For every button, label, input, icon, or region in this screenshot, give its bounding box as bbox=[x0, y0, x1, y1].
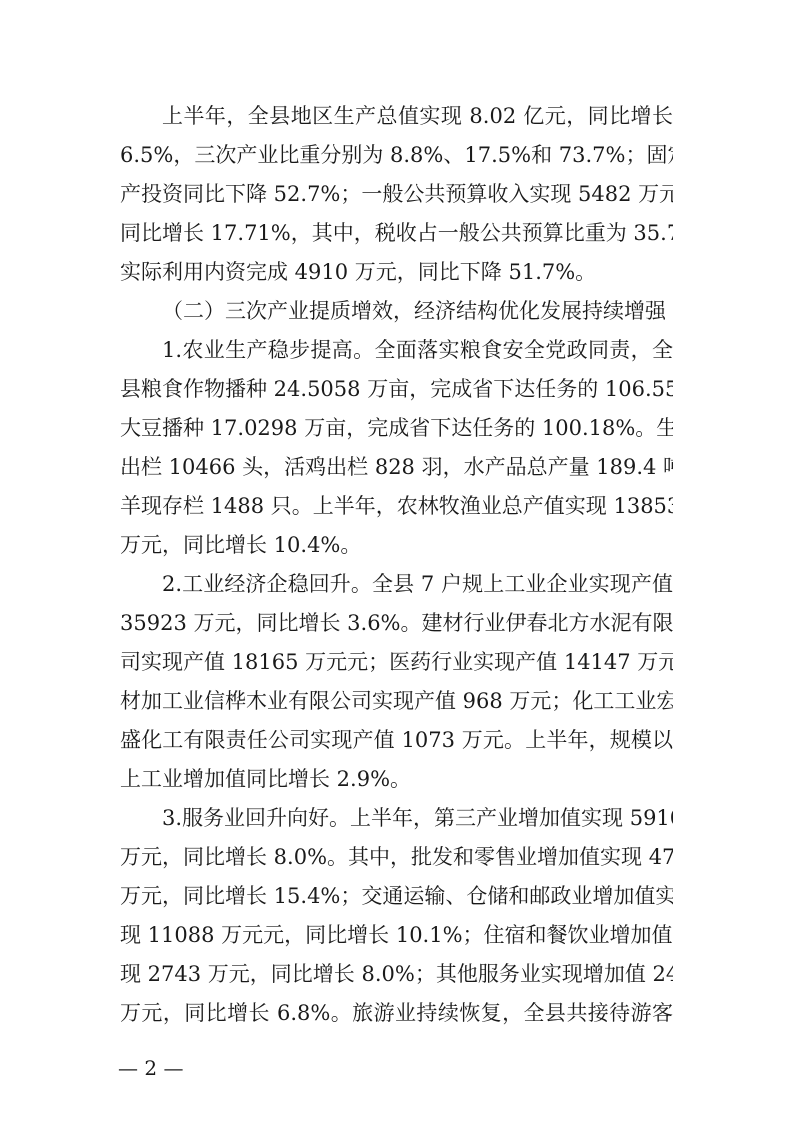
text-line: 1.农业生产稳步提高。全面落实粮食安全党政同责，全 bbox=[120, 331, 673, 370]
paragraph-services: 3.服务业回升向好。上半年，第三产业增加值实现 59107 万元，同比增长 8.… bbox=[120, 799, 673, 1033]
text-line: 6.5%，三次产业比重分别为 8.8%、17.5%和 73.7%；固定资 bbox=[120, 136, 673, 175]
text-line: 同比增长 17.71%，其中，税收占一般公共预算比重为 35.7%； bbox=[120, 214, 673, 253]
text-line: 万元，同比增长 6.8%。旅游业持续恢复，全县共接待游客 bbox=[120, 994, 673, 1033]
text-line: 产投资同比下降 52.7%；一般公共预算收入实现 5482 万元， bbox=[120, 175, 673, 214]
text-line: 实际利用内资完成 4910 万元，同比下降 51.7%。 bbox=[120, 253, 673, 292]
paragraph-industry: 2.工业经济企稳回升。全县 7 户规上工业企业实现产值 35923 万元，同比增… bbox=[120, 565, 673, 799]
paragraph-agriculture: 1.农业生产稳步提高。全面落实粮食安全党政同责，全 县粮食作物播种 24.505… bbox=[120, 331, 673, 565]
text-line: 2.工业经济企稳回升。全县 7 户规上工业企业实现产值 bbox=[120, 565, 673, 604]
text-line: 3.服务业回升向好。上半年，第三产业增加值实现 59107 bbox=[120, 799, 673, 838]
text-line: 现 11088 万元元，同比增长 10.1%；住宿和餐饮业增加值实 bbox=[120, 916, 673, 955]
text-line: 羊现存栏 1488 只。上半年，农林牧渔业总产值实现 13853 bbox=[120, 487, 673, 526]
text-line: 大豆播种 17.0298 万亩，完成省下达任务的 100.18%。生猪 bbox=[120, 409, 673, 448]
heading-text: （二）三次产业提质增效，经济结构优化发展持续增强 bbox=[120, 292, 673, 331]
text-line: 上半年，全县地区生产总值实现 8.02 亿元，同比增长 bbox=[120, 97, 673, 136]
document-page: 上半年，全县地区生产总值实现 8.02 亿元，同比增长 6.5%，三次产业比重分… bbox=[0, 0, 793, 1122]
text-line: 司实现产值 18165 万元元；医药行业实现产值 14147 万元；木 bbox=[120, 643, 673, 682]
text-line: 上工业增加值同比增长 2.9%。 bbox=[120, 760, 673, 799]
text-line: 现 2743 万元，同比增长 8.0%；其他服务业实现增加值 24270 bbox=[120, 955, 673, 994]
text-line: 出栏 10466 头，活鸡出栏 828 羽，水产品总产量 189.4 吨，湖 bbox=[120, 448, 673, 487]
text-line: 万元，同比增长 10.4%。 bbox=[120, 526, 673, 565]
page-number: — 2 — bbox=[118, 1056, 183, 1080]
text-line: 县粮食作物播种 24.5058 万亩，完成省下达任务的 106.55%； bbox=[120, 370, 673, 409]
document-body: 上半年，全县地区生产总值实现 8.02 亿元，同比增长 6.5%，三次产业比重分… bbox=[120, 97, 673, 1033]
paragraph-summary: 上半年，全县地区生产总值实现 8.02 亿元，同比增长 6.5%，三次产业比重分… bbox=[120, 97, 673, 292]
text-line: 35923 万元，同比增长 3.6%。建材行业伊春北方水泥有限公 bbox=[120, 604, 673, 643]
text-line: 万元，同比增长 15.4%；交通运输、仓储和邮政业增加值实 bbox=[120, 877, 673, 916]
text-line: 材加工业信桦木业有限公司实现产值 968 万元；化工工业宏 bbox=[120, 682, 673, 721]
text-line: 万元，同比增长 8.0%。其中，批发和零售业增加值实现 4750 bbox=[120, 838, 673, 877]
text-line: 盛化工有限责任公司实现产值 1073 万元。上半年，规模以 bbox=[120, 721, 673, 760]
section-heading: （二）三次产业提质增效，经济结构优化发展持续增强 bbox=[120, 292, 673, 331]
